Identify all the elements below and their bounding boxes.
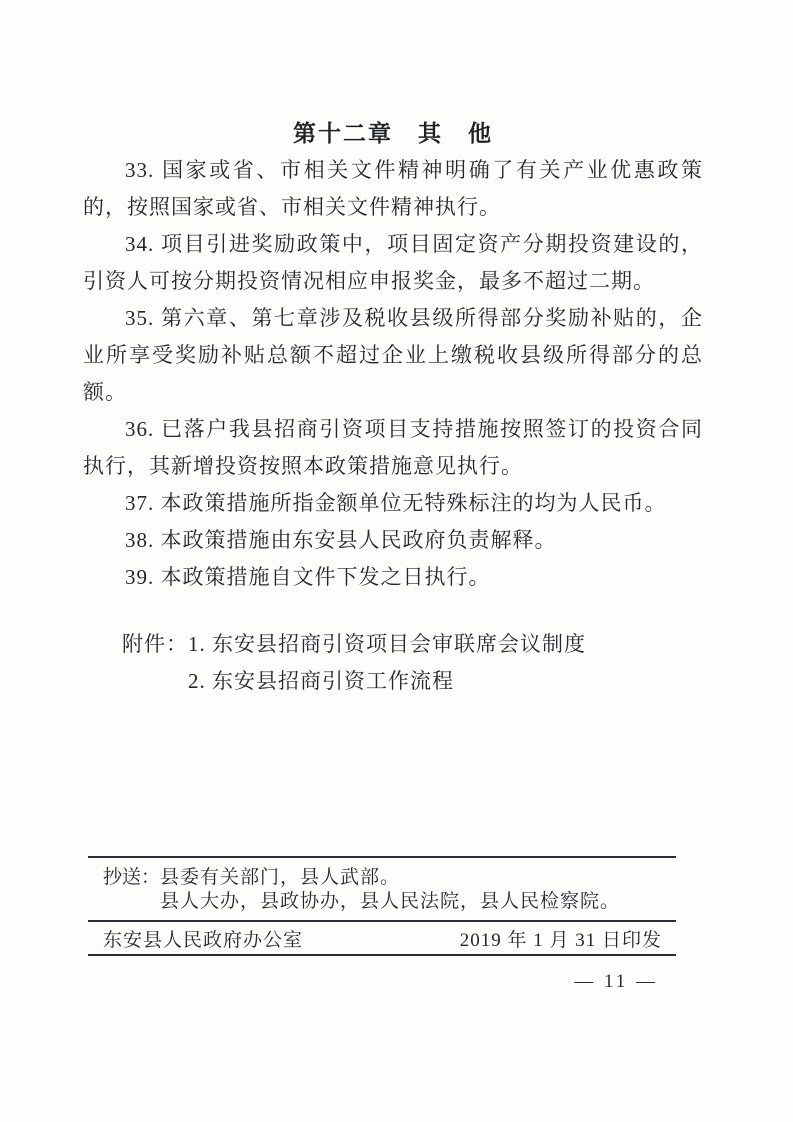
attachments-list: 附件： 1. 东安县招商引资项目会审联席会议制度 2. 东安县招商引资工作流程 (122, 626, 703, 700)
cc-block: 抄送： 县委有关部门，县人武部。 县人大办，县政协办，县人民法院，县人民检察院。 (88, 856, 676, 920)
attachment-item-2: 2. 东安县招商引资工作流程 (188, 663, 703, 700)
issuing-office: 东安县人民政府办公室 (103, 925, 303, 952)
issue-row: 东安县人民政府办公室 2019 年 1 月 31 日印发 (88, 920, 676, 956)
policy-paragraph-34: 34. 项目引进奖励政策中，项目固定资产分期投资建设的，引资人可按分期投资情况相… (83, 226, 703, 300)
document-body: 第十二章 其 他 33. 国家或省、市相关文件精神明确了有关产业优惠政策的，按照… (83, 0, 703, 700)
policy-paragraphs: 33. 国家或省、市相关文件精神明确了有关产业优惠政策的，按照国家或省、市相关文… (83, 152, 703, 596)
policy-paragraph-39: 39. 本政策措施自文件下发之日执行。 (83, 559, 703, 596)
cc-label: 抄送： (103, 866, 160, 914)
policy-paragraph-37: 37. 本政策措施所指金额单位无特殊标注的均为人民币。 (83, 485, 703, 522)
document-footer: 抄送： 县委有关部门，县人武部。 县人大办，县政协办，县人民法院，县人民检察院。… (88, 856, 676, 956)
chapter-heading: 第十二章 其 他 (83, 114, 703, 152)
attachment-items: 1. 东安县招商引资项目会审联席会议制度 2. 东安县招商引资工作流程 (188, 626, 703, 700)
print-date: 2019 年 1 月 31 日印发 (460, 925, 662, 952)
cc-line-1: 县委有关部门，县人武部。 (160, 866, 676, 890)
policy-paragraph-33: 33. 国家或省、市相关文件精神明确了有关产业优惠政策的，按照国家或省、市相关文… (83, 152, 703, 226)
document-page: 第十二章 其 他 33. 国家或省、市相关文件精神明确了有关产业优惠政策的，按照… (0, 0, 793, 1122)
attachment-item-1: 1. 东安县招商引资项目会审联席会议制度 (188, 626, 703, 663)
policy-paragraph-35: 35. 第六章、第七章涉及税收县级所得部分奖励补贴的，企业所享受奖励补贴总额不超… (83, 300, 703, 411)
page-number: — 11 — (574, 971, 658, 993)
cc-lines: 县委有关部门，县人武部。 县人大办，县政协办，县人民法院，县人民检察院。 (160, 866, 676, 914)
attachments-label: 附件： (122, 626, 188, 700)
policy-paragraph-36: 36. 已落户我县招商引资项目支持措施按照签订的投资合同执行，其新增投资按照本政… (83, 411, 703, 485)
policy-paragraph-38: 38. 本政策措施由东安县人民政府负责解释。 (83, 522, 703, 559)
cc-line-2: 县人大办，县政协办，县人民法院，县人民检察院。 (160, 890, 676, 914)
